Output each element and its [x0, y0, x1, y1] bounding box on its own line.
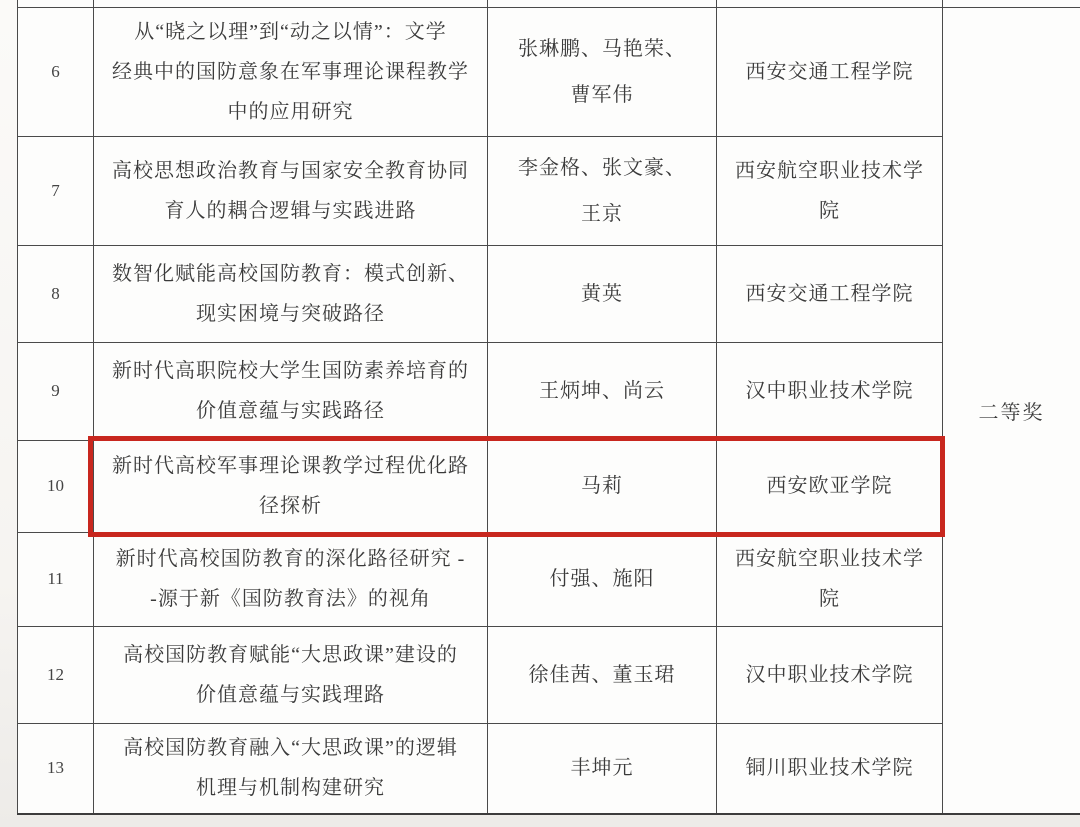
- row-number-cell: 12: [18, 626, 94, 723]
- row-number-cell: 11: [18, 532, 94, 626]
- project-title-cell: 高校国防教育融入“大思政课”的逻辑 机理与机制构建研究: [94, 723, 488, 814]
- project-title-cell: 新时代高校国防教育的深化路径研究 - -源于新《国防教育法》的视角: [94, 532, 488, 626]
- institution-cell: 西安欧亚学院: [717, 440, 943, 532]
- row-number-cell: 6: [18, 7, 94, 136]
- institution-cell: 铜川职业技术学院: [717, 723, 943, 814]
- row-number-cell: 8: [18, 245, 94, 342]
- table-row: 12 高校国防教育赋能“大思政课”建设的 价值意蕴与实践理路 徐佳茜、董玉珺 汉…: [18, 626, 1080, 723]
- project-title-cell: 新时代高校军事理论课教学过程优化路 径探析: [94, 440, 488, 532]
- institution-cell: 西安航空职业技术学 院: [717, 532, 943, 626]
- award-results-table: 6 从“晓之以理”到“动之以情”：文学 经典中的国防意象在军事理论课程教学 中的…: [17, 0, 1080, 815]
- project-title-cell: 高校国防教育赋能“大思政课”建设的 价值意蕴与实践理路: [94, 626, 488, 723]
- row-number-cell: 7: [18, 136, 94, 245]
- authors-cell: 王炳坤、尚云: [488, 342, 717, 440]
- authors-cell: 丰坤元: [488, 723, 717, 814]
- award-cell-cutoff: [943, 0, 1080, 7]
- project-title-cell: 数智化赋能高校国防教育：模式创新、 现实困境与突破路径: [94, 245, 488, 342]
- institution-cell: 西安交通工程学院: [717, 245, 943, 342]
- institution-cell: 西安交通工程学院: [717, 7, 943, 136]
- table-row-highlighted: 10 新时代高校军事理论课教学过程优化路 径探析 马莉 西安欧亚学院: [18, 440, 1080, 532]
- institution-cell: [717, 0, 943, 7]
- row-number-cell: 10: [18, 440, 94, 532]
- row-number-cell: 13: [18, 723, 94, 814]
- authors-cell: 张琳鹏、马艳荣、 曹军伟: [488, 7, 717, 136]
- table-row: 8 数智化赋能高校国防教育：模式创新、 现实困境与突破路径 黄英 西安交通工程学…: [18, 245, 1080, 342]
- row-number-cell: [18, 0, 94, 7]
- authors-cell: [488, 0, 717, 7]
- table-row: 6 从“晓之以理”到“动之以情”：文学 经典中的国防意象在军事理论课程教学 中的…: [18, 7, 1080, 136]
- authors-cell: 付强、施阳: [488, 532, 717, 626]
- table-row-cutoff: [18, 0, 1080, 7]
- project-title-cell: 高校思想政治教育与国家安全教育协同 育人的耦合逻辑与实践进路: [94, 136, 488, 245]
- project-title-cell: [94, 0, 488, 7]
- award-level-cell: 二等奖: [943, 7, 1080, 814]
- authors-cell: 李金格、张文豪、 王京: [488, 136, 717, 245]
- authors-cell: 黄英: [488, 245, 717, 342]
- project-title-cell: 从“晓之以理”到“动之以情”：文学 经典中的国防意象在军事理论课程教学 中的应用…: [94, 7, 488, 136]
- table-row: 11 新时代高校国防教育的深化路径研究 - -源于新《国防教育法》的视角 付强、…: [18, 532, 1080, 626]
- authors-cell: 马莉: [488, 440, 717, 532]
- institution-cell: 汉中职业技术学院: [717, 342, 943, 440]
- document-page: 6 从“晓之以理”到“动之以情”：文学 经典中的国防意象在军事理论课程教学 中的…: [0, 0, 1080, 827]
- institution-cell: 汉中职业技术学院: [717, 626, 943, 723]
- table-row: 7 高校思想政治教育与国家安全教育协同 育人的耦合逻辑与实践进路 李金格、张文豪…: [18, 136, 1080, 245]
- authors-cell: 徐佳茜、董玉珺: [488, 626, 717, 723]
- table-row: 13 高校国防教育融入“大思政课”的逻辑 机理与机制构建研究 丰坤元 铜川职业技…: [18, 723, 1080, 814]
- institution-cell: 西安航空职业技术学 院: [717, 136, 943, 245]
- table-row: 9 新时代高职院校大学生国防素养培育的 价值意蕴与实践路径 王炳坤、尚云 汉中职…: [18, 342, 1080, 440]
- row-number-cell: 9: [18, 342, 94, 440]
- project-title-cell: 新时代高职院校大学生国防素养培育的 价值意蕴与实践路径: [94, 342, 488, 440]
